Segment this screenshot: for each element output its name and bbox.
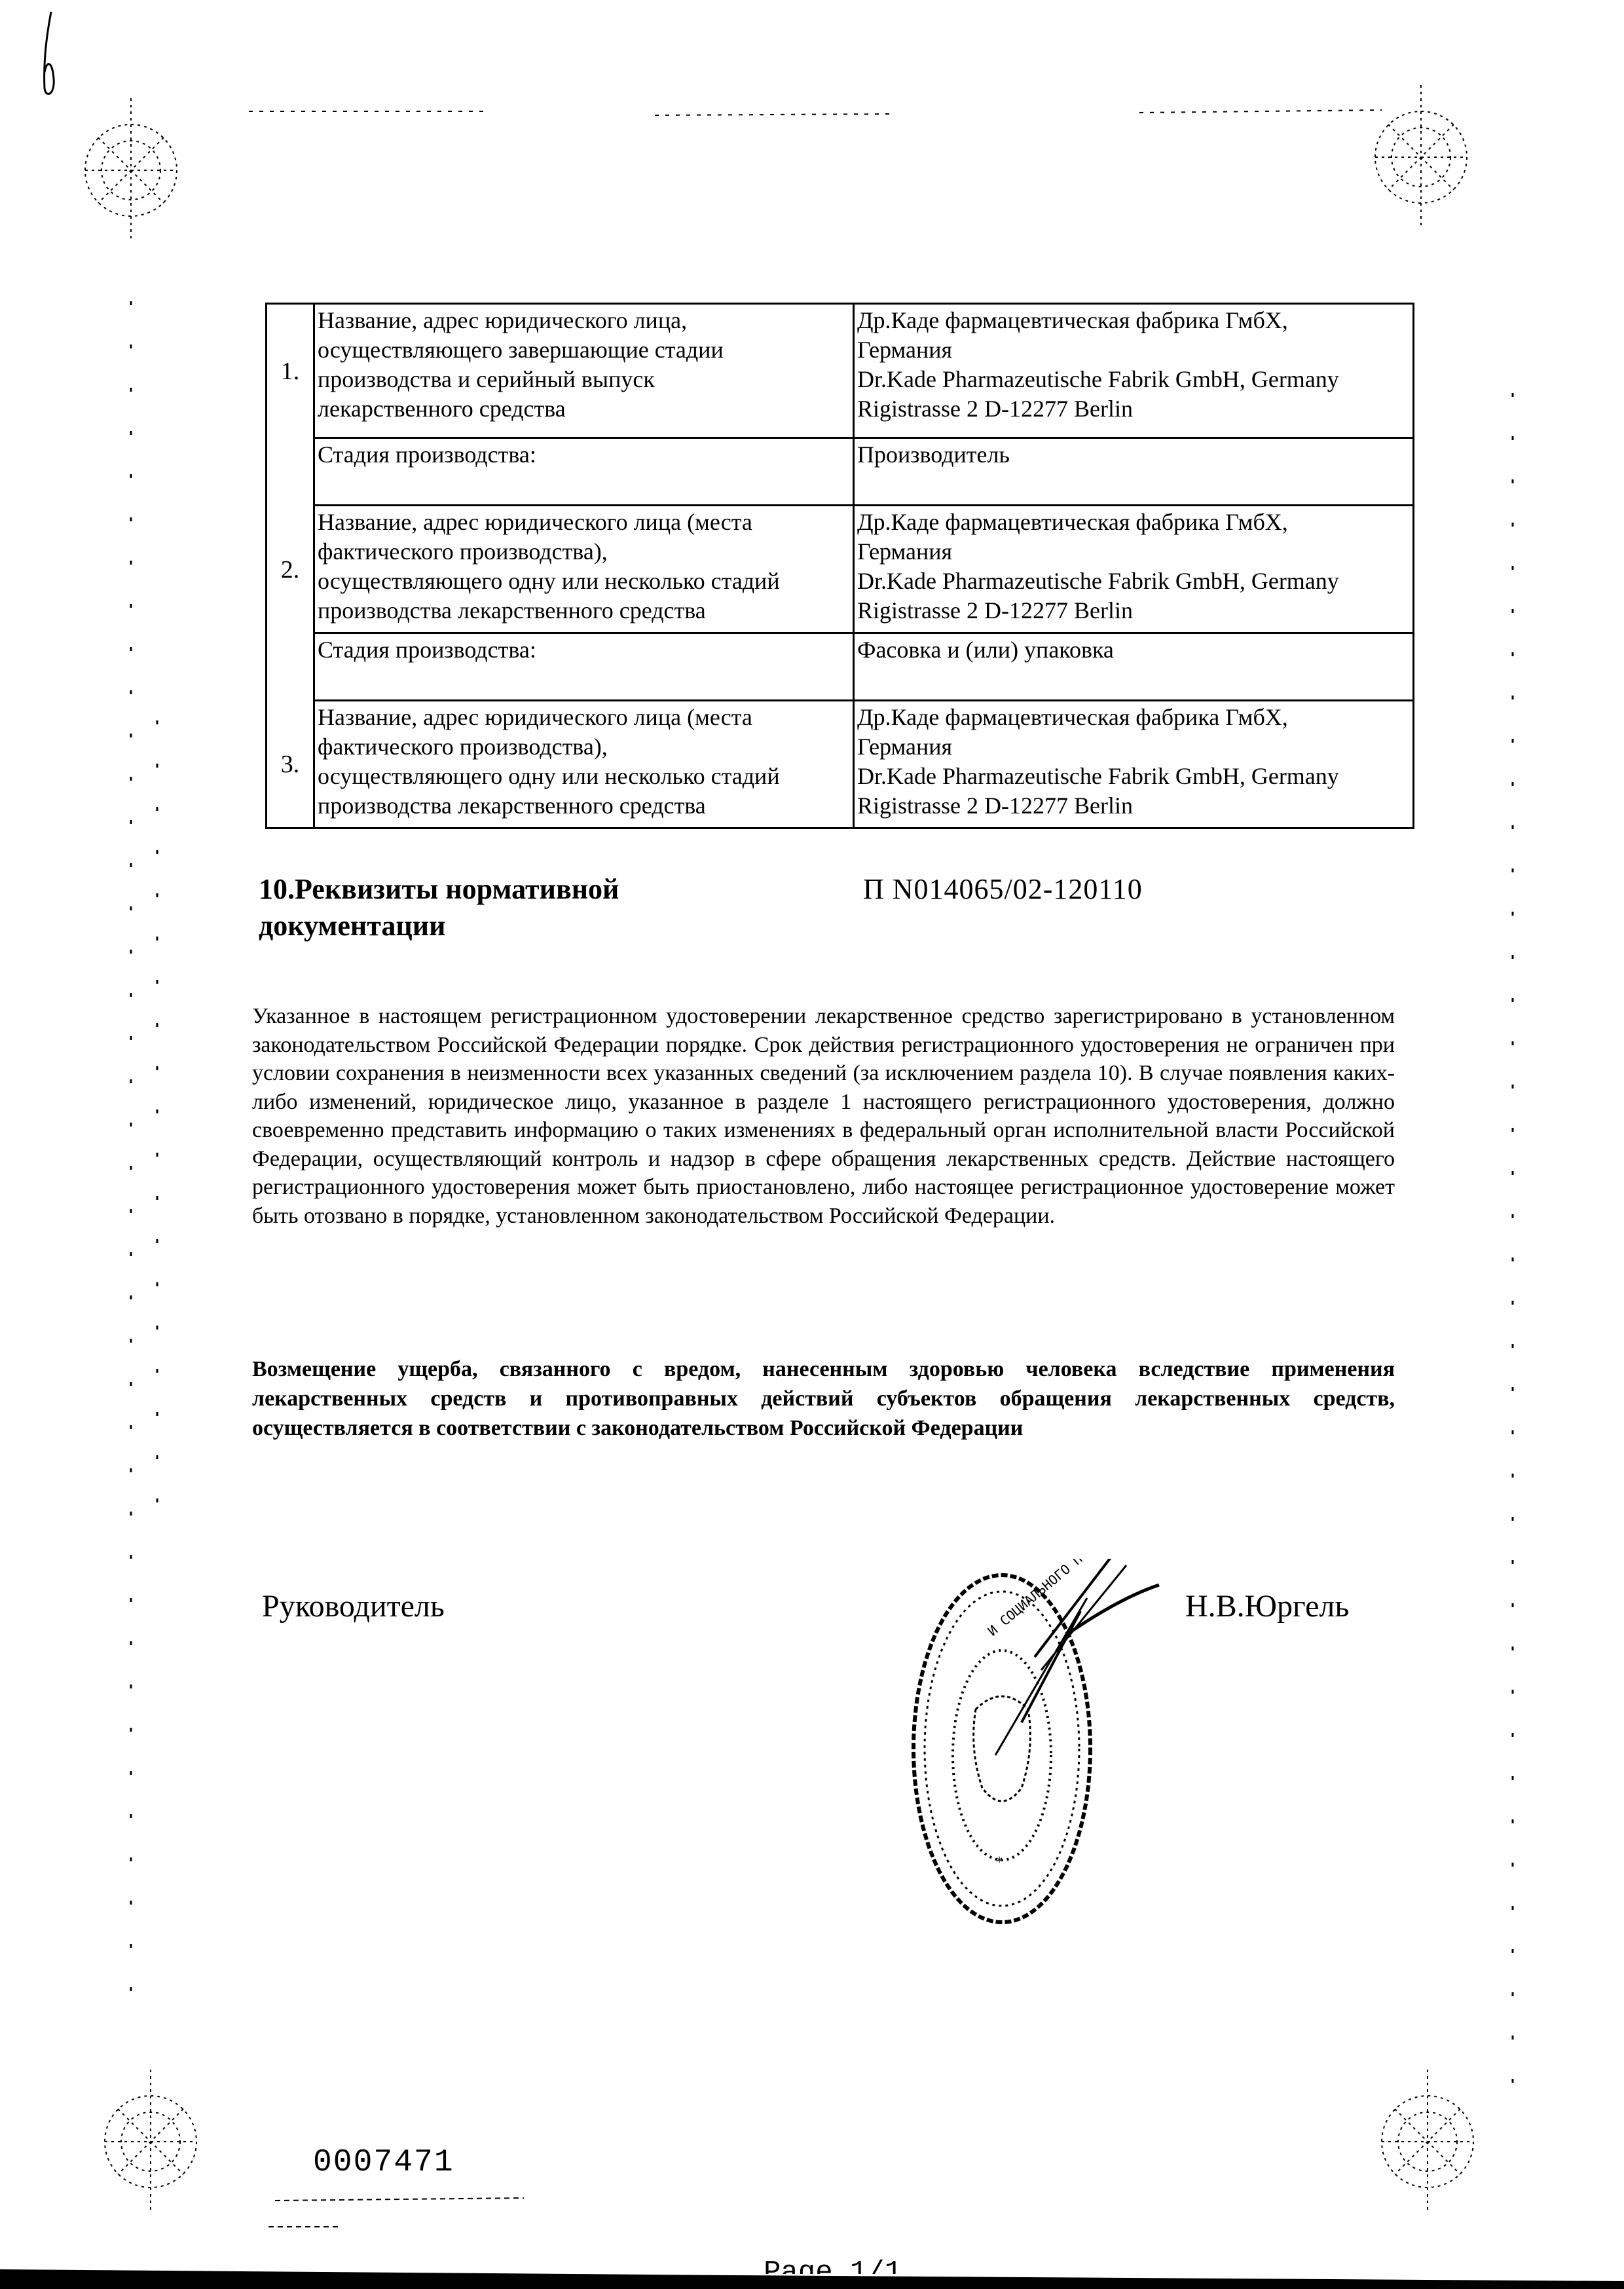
row-number: 1. bbox=[267, 304, 314, 438]
row-value: Др.Каде фармацевтическая фабрика ГмбХ, Г… bbox=[854, 506, 1414, 633]
scan-artifact-line bbox=[262, 2187, 524, 2240]
stage-value: Фасовка и (или) упаковка bbox=[854, 633, 1414, 701]
row-label: Название, адрес юридического лица (места… bbox=[314, 701, 854, 828]
manufacturers-table: 1. Название, адрес юридического лица, ос… bbox=[265, 303, 1414, 829]
ornament-corner-bottom-left-icon bbox=[85, 2056, 216, 2227]
section-10-heading: 10.Реквизиты нормативной документации bbox=[259, 871, 619, 944]
row-label: Название, адрес юридического лица, осуще… bbox=[314, 304, 854, 438]
table-row-1-stage: Стадия производства: Производитель bbox=[267, 438, 1414, 506]
page-indicator: Page 1/1 bbox=[760, 2260, 906, 2274]
signer-title: Руководитель bbox=[262, 1588, 445, 1624]
stage-value: Производитель bbox=[854, 438, 1414, 506]
scan-artifact-line bbox=[249, 106, 1382, 122]
table-row-2-stage: Стадия производства: Фасовка и (или) упа… bbox=[267, 633, 1414, 701]
stage-label: Стадия производства: bbox=[314, 438, 854, 506]
table-row-2-manufacturer: 2. Название, адрес юридического лица (ме… bbox=[267, 506, 1414, 633]
table-row-1-manufacturer: 1. Название, адрес юридического лица, ос… bbox=[267, 304, 1414, 438]
row-value: Др.Каде фармацевтическая фабрика ГмбХ, Г… bbox=[854, 701, 1414, 828]
ornament-corner-top-left-icon bbox=[65, 85, 196, 255]
normative-document-number: П N014065/02-120110 bbox=[863, 871, 1143, 908]
row-number: 2. bbox=[267, 506, 314, 633]
ornament-corner-bottom-right-icon bbox=[1362, 2056, 1493, 2227]
ornament-corner-top-right-icon bbox=[1356, 72, 1486, 242]
handwritten-page-number bbox=[39, 7, 79, 98]
row-number: 3. bbox=[267, 701, 314, 828]
signer-name: Н.В.Юргель bbox=[1185, 1588, 1349, 1624]
form-serial-number: 0007471 bbox=[313, 2145, 454, 2180]
table-row-3-manufacturer: 3. Название, адрес юридического лица (ме… bbox=[267, 701, 1414, 828]
row-label: Название, адрес юридического лица (места… bbox=[314, 506, 854, 633]
validity-paragraph: Указанное в настоящем регистрационном уд… bbox=[252, 1002, 1395, 1230]
row-number-empty bbox=[267, 633, 314, 701]
svg-text:*: * bbox=[995, 1854, 1003, 1870]
official-seal-stamp-icon: И СОЦИАЛЬНОГО ПО НАДЗОРУ РАЗВИТИЯ * bbox=[779, 1559, 1238, 1926]
compensation-paragraph: Возмещение ущерба, связанного с вредом, … bbox=[252, 1354, 1395, 1443]
row-value: Др.Каде фармацевтическая фабрика ГмбХ, Г… bbox=[854, 304, 1414, 438]
row-number-empty bbox=[267, 438, 314, 506]
stage-label: Стадия производства: bbox=[314, 633, 854, 701]
svg-text:И СОЦИАЛЬНОГО ПО НАДЗОРУ РАЗВИ: И СОЦИАЛЬНОГО ПО НАДЗОРУ РАЗВИТИЯ bbox=[985, 1559, 1194, 1639]
